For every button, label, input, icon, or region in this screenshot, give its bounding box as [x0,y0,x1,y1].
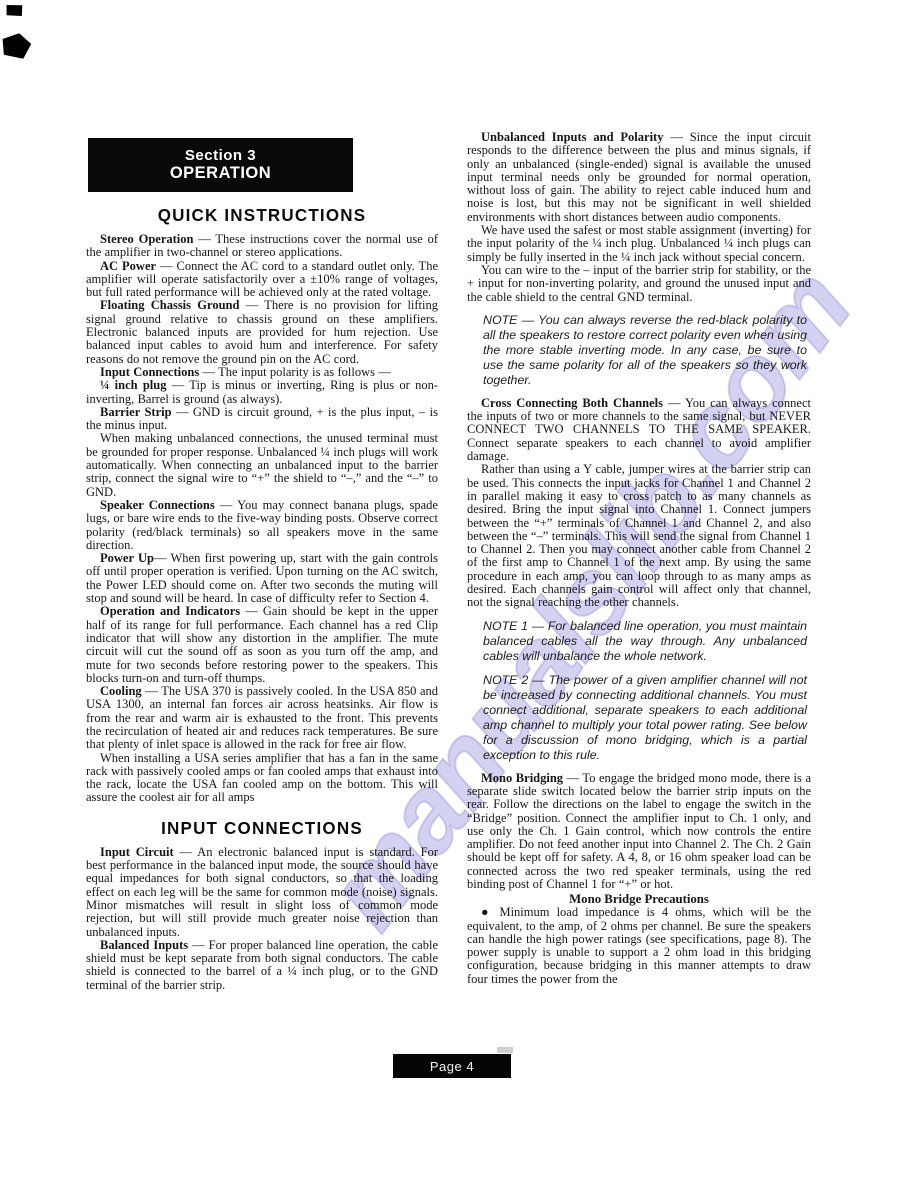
scan-artifact [5,3,24,18]
paragraph-lead: Cross Connecting Both Channels [481,396,663,410]
text-run: NOTE 2 — The power of a given amplifier … [483,673,807,762]
text-run: INPUT CONNECTIONS [161,818,363,838]
paragraph: Floating Chassis Ground — There is no pr… [86,299,438,365]
text-run: Mono Bridge Precautions [569,892,709,906]
paragraph-lead: Operation and Indicators [100,604,240,618]
paragraph: Unbalanced Inputs and Polarity — Since t… [467,131,811,224]
paragraph: Rather than using a Y cable, jumper wire… [467,463,811,609]
text-run: — An electronic balanced input is standa… [86,845,438,939]
paragraph: Speaker Connections — You may connect ba… [86,499,438,552]
paragraph: ● Minimum load impedance is 4 ohms, whic… [467,906,811,986]
paragraph-lead: Mono Bridging [481,771,563,785]
scan-artifact [1,32,32,60]
section-header-bar: Section 3 OPERATION [88,138,353,192]
text-run: — Since the input circuit responds to th… [467,130,811,224]
paragraph: AC Power — Connect the AC cord to a stan… [86,260,438,300]
paragraph: Cooling — The USA 370 is passively coole… [86,685,438,751]
paragraph: We have used the safest or most stable a… [467,224,811,264]
paragraph-lead: Power Up [100,551,154,565]
paragraph: Input Circuit — An electronic balanced i… [86,846,438,939]
page-number-label: Page 4 [430,1059,474,1074]
note-block: NOTE 1 — For balanced line operation, yo… [483,619,807,664]
paragraph-lead: Balanced Inputs [100,938,188,952]
paragraph: ¼ inch plug — Tip is minus or inverting,… [86,379,438,406]
right-column-blocks: Unbalanced Inputs and Polarity — Since t… [467,131,811,986]
paragraph-lead: Floating Chassis Ground [100,298,239,312]
paragraph: Input Connections — The input polarity i… [86,366,438,379]
paragraph: Cross Connecting Both Channels — You can… [467,397,811,463]
paragraph-lead: Stereo Operation [100,232,193,246]
text-run: Minimum load impedance is 4 ohms, which … [467,905,811,985]
paragraph: Mono Bridging — To engage the bridged mo… [467,772,811,892]
text-run: You can wire to the – input of the barri… [467,263,811,304]
text-run: — To engage the bridged mono mode, there… [467,771,811,891]
text-run: Rather than using a Y cable, jumper wire… [467,462,811,609]
manual-page: manualslib.com Section 3 OPERATION QUICK… [0,0,918,1188]
text-run: NOTE — You can always reverse the red-bl… [483,313,807,387]
section-number: Section 3 [185,147,256,164]
text-run: When making unbalanced connections, the … [86,431,438,498]
column-heading: INPUT CONNECTIONS [86,818,438,839]
text-run: NOTE 1 — For balanced line operation, yo… [483,619,807,663]
paragraph-lead: ● [481,905,492,919]
paragraph-lead: AC Power [100,259,156,273]
page-footer-badge: Page 4 [393,1054,511,1078]
left-column: Section 3 OPERATION QUICK INSTRUCTIONSSt… [86,138,438,992]
paragraph-lead: Speaker Connections [100,498,215,512]
right-column: Unbalanced Inputs and Polarity — Since t… [467,131,811,986]
section-title: OPERATION [170,164,271,183]
note-block: NOTE 2 — The power of a given amplifier … [483,673,807,763]
paragraph-lead: Input Connections [100,365,199,379]
paragraph: When making unbalanced connections, the … [86,432,438,498]
paragraph-lead: Cooling [100,684,142,698]
paragraph: You can wire to the – input of the barri… [467,264,811,304]
text-run: QUICK INSTRUCTIONS [158,206,367,226]
paragraph-lead: Unbalanced Inputs and Polarity [481,130,663,144]
paragraph: Stereo Operation — These instructions co… [86,233,438,260]
paragraph-lead: ¼ inch plug [100,378,166,392]
column-heading: QUICK INSTRUCTIONS [86,206,438,227]
paragraph-lead: Barrier Strip [100,405,172,419]
paragraph-lead: Input Circuit [100,845,174,859]
text-run: When installing a USA series amplifier t… [86,751,438,805]
paragraph: Barrier Strip — GND is circuit ground, +… [86,406,438,433]
text-run: — The input polarity is as follows — [199,365,391,379]
sub-heading: Mono Bridge Precautions [467,892,811,906]
note-block: NOTE — You can always reverse the red-bl… [483,313,807,388]
paragraph: Balanced Inputs — For proper balanced li… [86,939,438,992]
left-column-blocks: QUICK INSTRUCTIONSStereo Operation — The… [86,206,438,992]
paragraph: When installing a USA series amplifier t… [86,752,438,805]
paragraph: Power Up— When first powering up, start … [86,552,438,605]
paragraph: Operation and Indicators — Gain should b… [86,605,438,685]
text-run: We have used the safest or most stable a… [467,223,811,264]
